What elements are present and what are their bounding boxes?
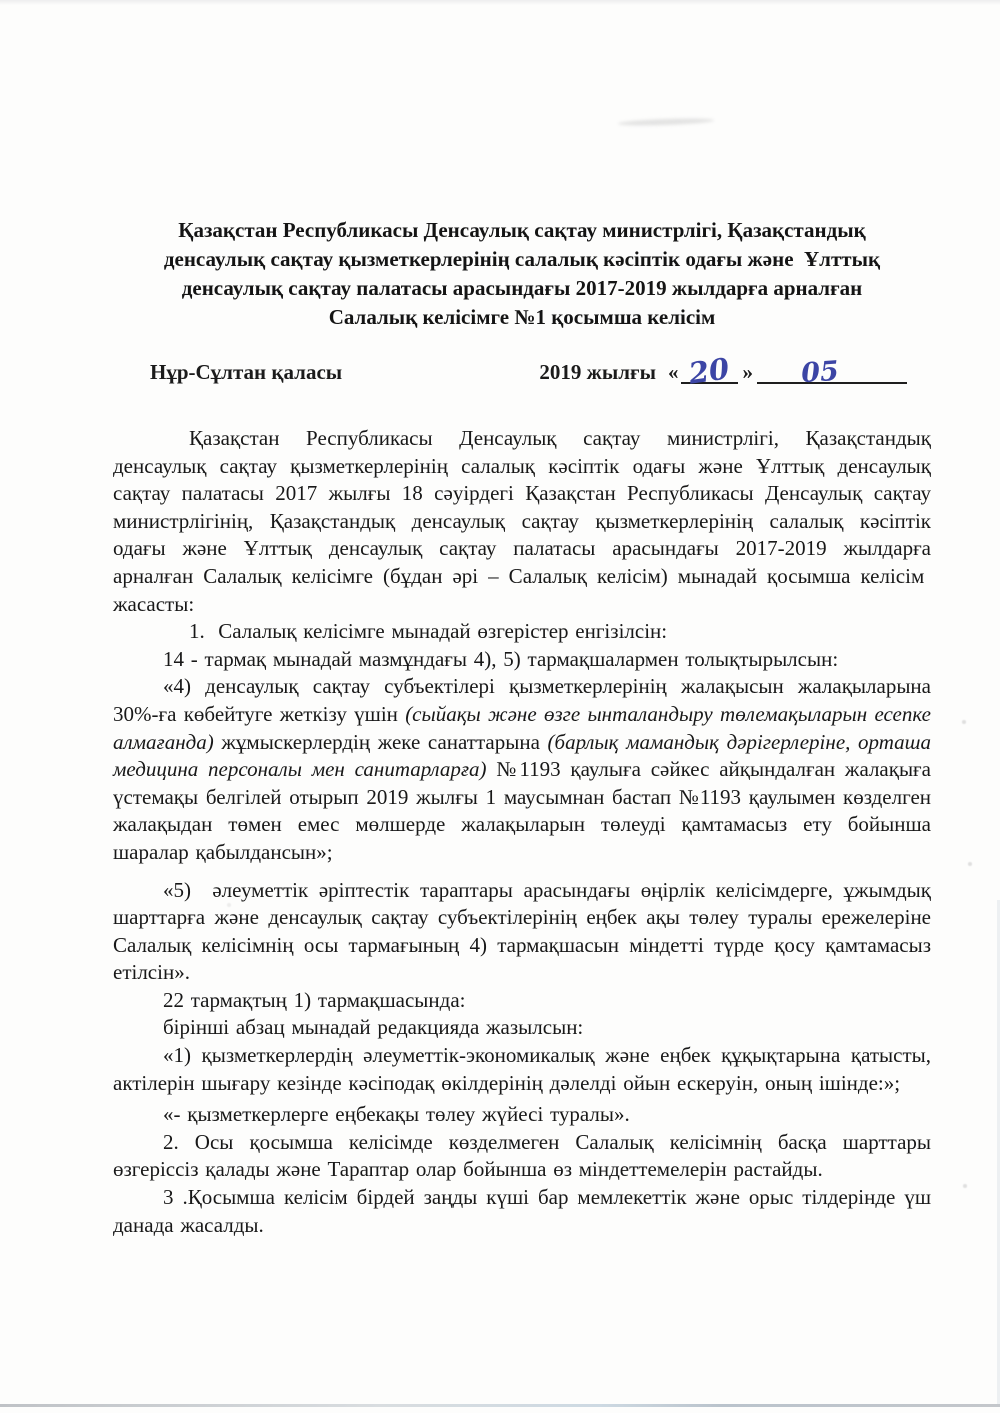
title-line-1: Қазақстан Республикасы Денсаулық сақтау … <box>113 216 931 245</box>
title-line-4: Салалық келісімге №1 қосымша келісім <box>113 303 931 332</box>
title-line-3: денсаулық сақтау палатасы арасындағы 201… <box>113 274 931 303</box>
paragraph-item-2: 2. Осы қосымша келісімде көзделмеген Сал… <box>113 1129 931 1184</box>
date-year-label: 2019 жылғы <box>539 360 656 384</box>
date-month-blank-line: 05 <box>757 358 907 384</box>
document-body: Қазақстан Республикасы Денсаулық сақтау … <box>113 425 931 1239</box>
scan-bottom-edge-artifact <box>0 1404 1000 1407</box>
scan-speck-artifact <box>962 720 966 724</box>
paragraph-item-14: 14 - тармақ мынадай мазмұндағы 4), 5) та… <box>113 646 931 674</box>
paragraph-first-abzac: бірінші абзац мынадай редакцияда жазылсы… <box>113 1014 931 1042</box>
paragraph-intro: Қазақстан Республикасы Денсаулық сақтау … <box>113 425 931 618</box>
open-quote-mark: « <box>668 360 679 384</box>
city-label: Нұр-Сұлтан қаласы <box>150 359 342 385</box>
scan-speck-artifact <box>963 1184 967 1188</box>
subitem-4-run-3: жұмыскерлердің жеке санаттарына <box>214 730 548 754</box>
date-day-blank-line: 20 <box>681 358 738 384</box>
date-group: 2019 жылғы«20»05 <box>539 358 907 385</box>
paragraph-item-1: 1. Салалық келісімге мынадай өзгерістер … <box>113 618 931 646</box>
paragraph-subitem-1: «1) қызметкерлердің әлеуметтік-экономика… <box>113 1042 931 1097</box>
city-date-row: Нұр-Сұлтан қаласы 2019 жылғы«20»05 <box>113 358 931 385</box>
document-content: Қазақстан Республикасы Денсаулық сақтау … <box>113 0 931 1239</box>
title-line-2: денсаулық сақтау қызметкерлерінің салалы… <box>113 245 931 274</box>
paragraph-item-22: 22 тармақтың 1) тармақшасында: <box>113 987 931 1015</box>
scan-speck-artifact <box>968 862 972 866</box>
paragraph-dash-item: «- қызметкерлерге еңбекақы төлеу жүйесі … <box>113 1101 931 1129</box>
scanned-document-page: Қазақстан Республикасы Денсаулық сақтау … <box>0 0 1000 1413</box>
handwritten-day-value: 20 <box>687 354 731 388</box>
paragraph-subitem-4: «4) денсаулық сақтау субъектілері қызмет… <box>113 673 931 866</box>
document-title: Қазақстан Республикасы Денсаулық сақтау … <box>113 216 931 332</box>
handwritten-month-value: 05 <box>800 358 839 388</box>
paragraph-item-3: 3 .Қосымша келісім бірдей заңды күші бар… <box>113 1184 931 1239</box>
paragraph-subitem-5: «5) әлеуметтік әріптестік тараптары арас… <box>113 877 931 987</box>
close-quote-mark: » <box>743 360 754 384</box>
